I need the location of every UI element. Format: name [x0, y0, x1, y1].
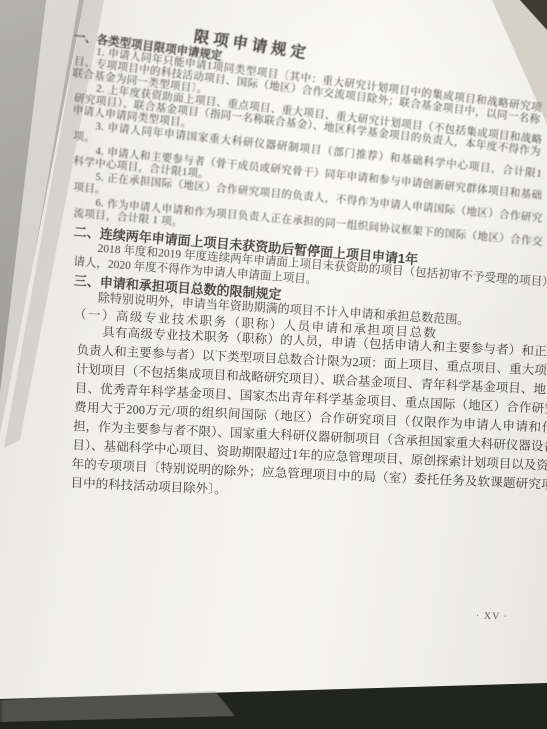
page-number: · XV ·	[476, 610, 508, 622]
photographed-book-page: 限项申请规定 一、各类型项目限项申请规定 1. 申请人同年只能申请1项同类型项目…	[0, 0, 547, 729]
section-three-paragraph: 具有高级专业技术职务（职称）的人员，申请（包括申请人和主要参与者）和正在承担（包…	[70, 322, 547, 517]
page-content: 限项申请规定 一、各类型项目限项申请规定 1. 申请人同年只能申请1项同类型项目…	[74, 6, 544, 493]
